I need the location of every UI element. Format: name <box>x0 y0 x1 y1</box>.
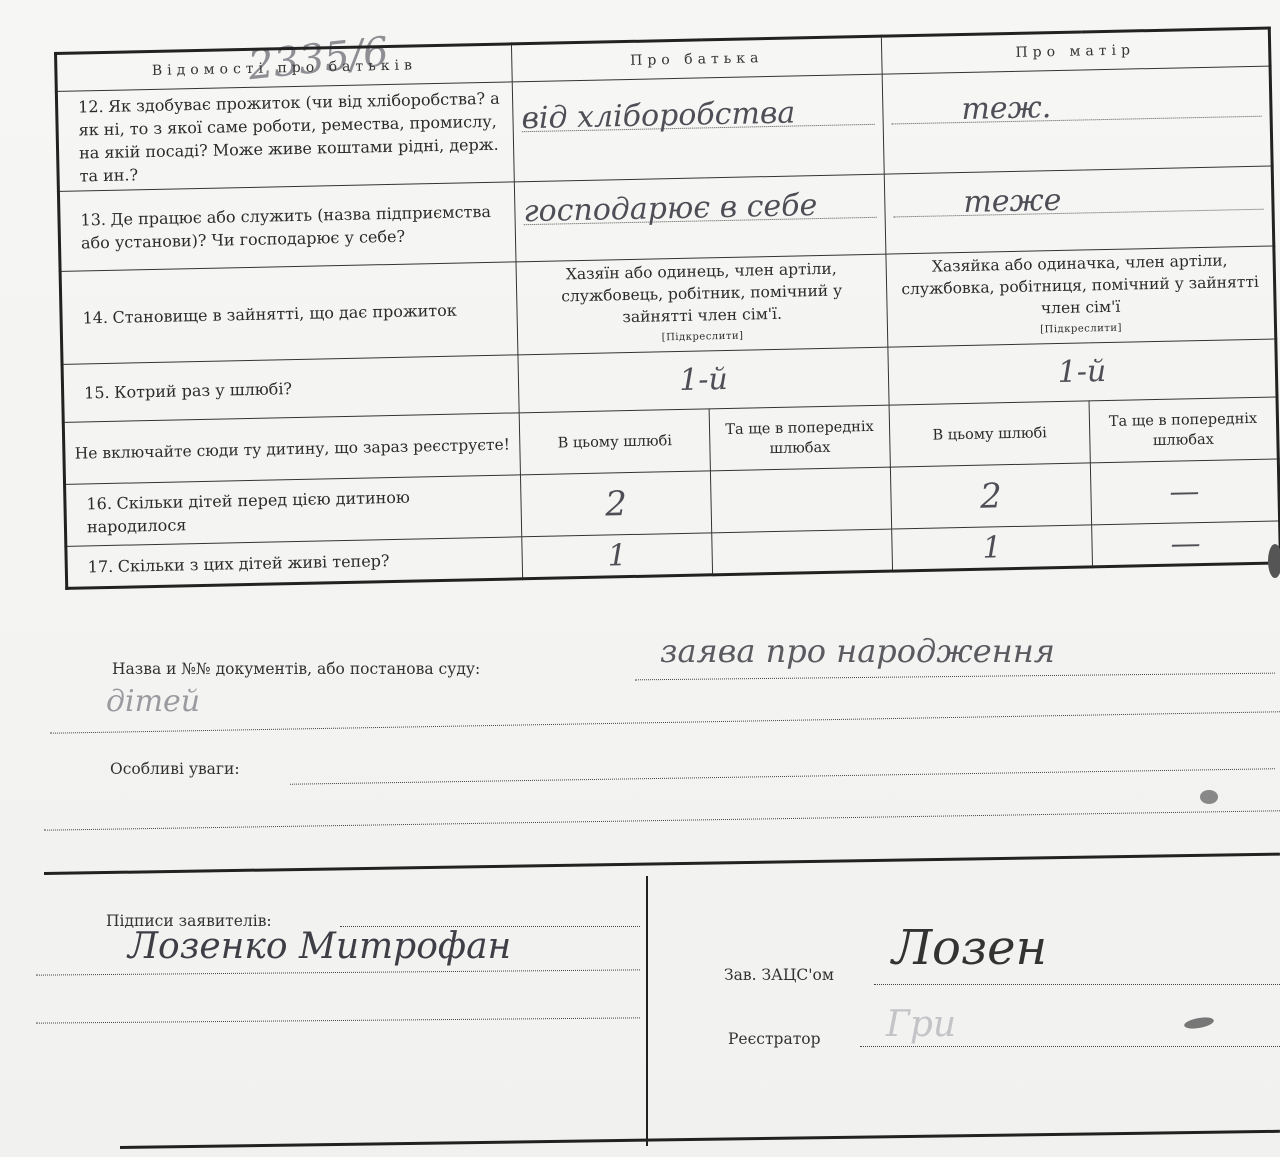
registrar-label: Реєстратор <box>728 1030 821 1048</box>
father-answer-13: господарює в себе <box>514 174 886 262</box>
section-divider <box>44 853 1280 875</box>
mother-this-17: 1 <box>892 525 1093 571</box>
question-13: 13.Де працює або служить (назва підприєм… <box>58 182 516 272</box>
documents-value-2: дітей <box>106 684 200 719</box>
documents-line-1 <box>635 673 1275 681</box>
scan-hole-mark <box>1268 544 1280 578</box>
mother-answer-12: теж. <box>882 66 1272 174</box>
question-16: 16.Скільки дітей перед цією дитиною наро… <box>65 475 522 547</box>
mother-previous-marriages-header: Та ще в попередніх шлюбах <box>1089 397 1278 463</box>
ink-blot <box>1183 1015 1214 1030</box>
remarks-line-1 <box>290 768 1275 784</box>
applicant-signature: Лозенко Митрофан <box>128 926 511 967</box>
head-zags-signature: Лозен <box>892 920 1047 976</box>
father-this-17: 1 <box>522 533 713 579</box>
scanned-form-page: 2335/6 Відомості про батьків Про батька … <box>0 0 1280 1157</box>
father-previous-marriages-header: Та ще в попередніх шлюбах <box>709 405 890 471</box>
mother-answer-13: теже <box>884 166 1274 254</box>
children-note: Не включайте сюди ту дитину, що зараз ре… <box>63 413 520 485</box>
mother-prev-16: — <box>1090 459 1279 525</box>
father-answer-14: Хазяїн або одинець, член артіли, службов… <box>516 254 888 355</box>
documents-label: Назва и №№ документів, або постанова суд… <box>112 660 480 678</box>
remarks-label: Особливі уваги: <box>110 760 240 778</box>
mother-this-16: 2 <box>890 463 1091 529</box>
applicants-line-2 <box>36 969 640 975</box>
father-prev-17 <box>712 529 893 575</box>
documents-line-2 <box>50 711 1280 733</box>
question-12: 12.Як здобуває прожиток (чи від хлібороб… <box>56 82 514 192</box>
father-answer-15: 1-й <box>518 347 889 413</box>
bottom-rule <box>120 1130 1280 1149</box>
father-this-16: 2 <box>520 471 711 537</box>
registrar-line <box>860 1046 1280 1047</box>
question-15: 15.Котрий раз у шлюбі? <box>62 355 519 423</box>
remarks-line-2 <box>44 810 1280 830</box>
question-17: 17.Скільки з цих дітей живі тепер? <box>66 537 523 589</box>
mother-prev-17: — <box>1092 521 1280 567</box>
father-this-marriage-header: В цьому шлюбі <box>519 409 710 475</box>
mother-answer-14: Хазяйка або одиначка, член артіли, служб… <box>886 246 1276 347</box>
parents-info-table: Відомості про батьків Про батька Про мат… <box>54 27 1280 590</box>
parents-info-table-wrap: Відомості про батьків Про батька Про мат… <box>54 27 1280 636</box>
head-zags-line <box>874 984 1280 985</box>
mother-this-marriage-header: В цьому шлюбі <box>889 401 1090 467</box>
father-answer-12: від хліборобства <box>512 74 884 182</box>
father-prev-16 <box>710 467 891 533</box>
mother-answer-15: 1-й <box>888 339 1277 405</box>
question-14: 14.Становище в зайнятті, що дає прожиток <box>60 262 518 365</box>
registrar-signature: Гри <box>886 1004 956 1045</box>
applicants-line-3 <box>36 1017 640 1023</box>
head-zags-label: Зав. ЗАЦС'ом <box>724 966 834 984</box>
documents-value-1: заява про народження <box>660 632 1055 670</box>
ink-blot <box>1200 790 1218 804</box>
signature-divider <box>646 876 648 1146</box>
